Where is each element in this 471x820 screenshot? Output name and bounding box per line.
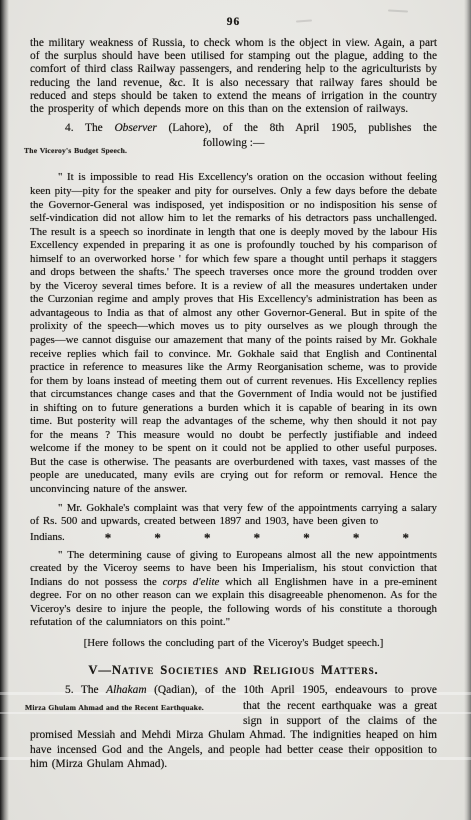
asterisk: * (105, 531, 112, 545)
item5-source-name: Alhakam (106, 684, 147, 696)
asterisk-row: Indians. * * * * * * * (30, 529, 437, 544)
item5-lead-pre: The (81, 684, 106, 696)
item5-margin-note: Mirza Ghulam Ahmad and the Recent Earthq… (25, 703, 231, 717)
asterisk: * (402, 531, 409, 545)
item4-margin-note: The Viceroy's Budget Speech. (24, 146, 192, 155)
page-number: 96 (30, 16, 437, 28)
quote-paragraph-2-lastword: Indians. (30, 530, 65, 544)
quoted-extract: " It is impossible to read His Excellenc… (30, 171, 437, 650)
item4-opening-line: 4. The Observer (Lahore), of the 8th Apr… (30, 122, 437, 135)
item4-second-line: The Viceroy's Budget Speech. following :… (30, 136, 437, 163)
quote-paragraph-3-italic: corps d'elite (163, 576, 220, 588)
item4-lead-post: (Lahore), of the 8th April 1905, publish… (157, 122, 437, 134)
quote-paragraph-3: " The determining cause of giving to Eur… (30, 549, 437, 630)
scan-edge-left (0, 0, 9, 820)
item5-number: 5. (65, 684, 74, 696)
item5-lead-post: (Qadian), of the 10th April 1905, endeav… (147, 684, 437, 696)
asterisk: * (154, 531, 161, 545)
asterisk-separator: * * * * * * * (65, 529, 437, 543)
scan-smudge (388, 9, 408, 12)
asterisk: * (204, 531, 211, 545)
asterisk: * (353, 531, 360, 545)
quote-paragraph-2: " Mr. Gokhale's complaint was that very … (30, 502, 437, 529)
editorial-bracket-note: [Here follows the concluding part of the… (30, 637, 437, 651)
item4-number: 4. (65, 122, 74, 134)
scan-edge-right (464, 0, 471, 820)
item5-opening-line: 5. The Alhakam (Qadian), of the 10th Apr… (30, 683, 437, 698)
intro-paragraph: the military weakness of Russia, to chec… (30, 37, 437, 116)
item4-source-name: Observer (114, 122, 156, 134)
asterisk: * (303, 531, 310, 545)
item5-body: Mirza Ghulam Ahmad and the Recent Earthq… (30, 699, 437, 772)
quote-paragraph-1: " It is impossible to read His Excellenc… (30, 171, 437, 496)
item4-lead-pre: The (85, 122, 114, 134)
section-v-heading: V—Native Societies and Religious Matters… (30, 663, 437, 678)
asterisk: * (254, 531, 261, 545)
scanned-page: 96 the military weakness of Russia, to c… (30, 16, 437, 772)
